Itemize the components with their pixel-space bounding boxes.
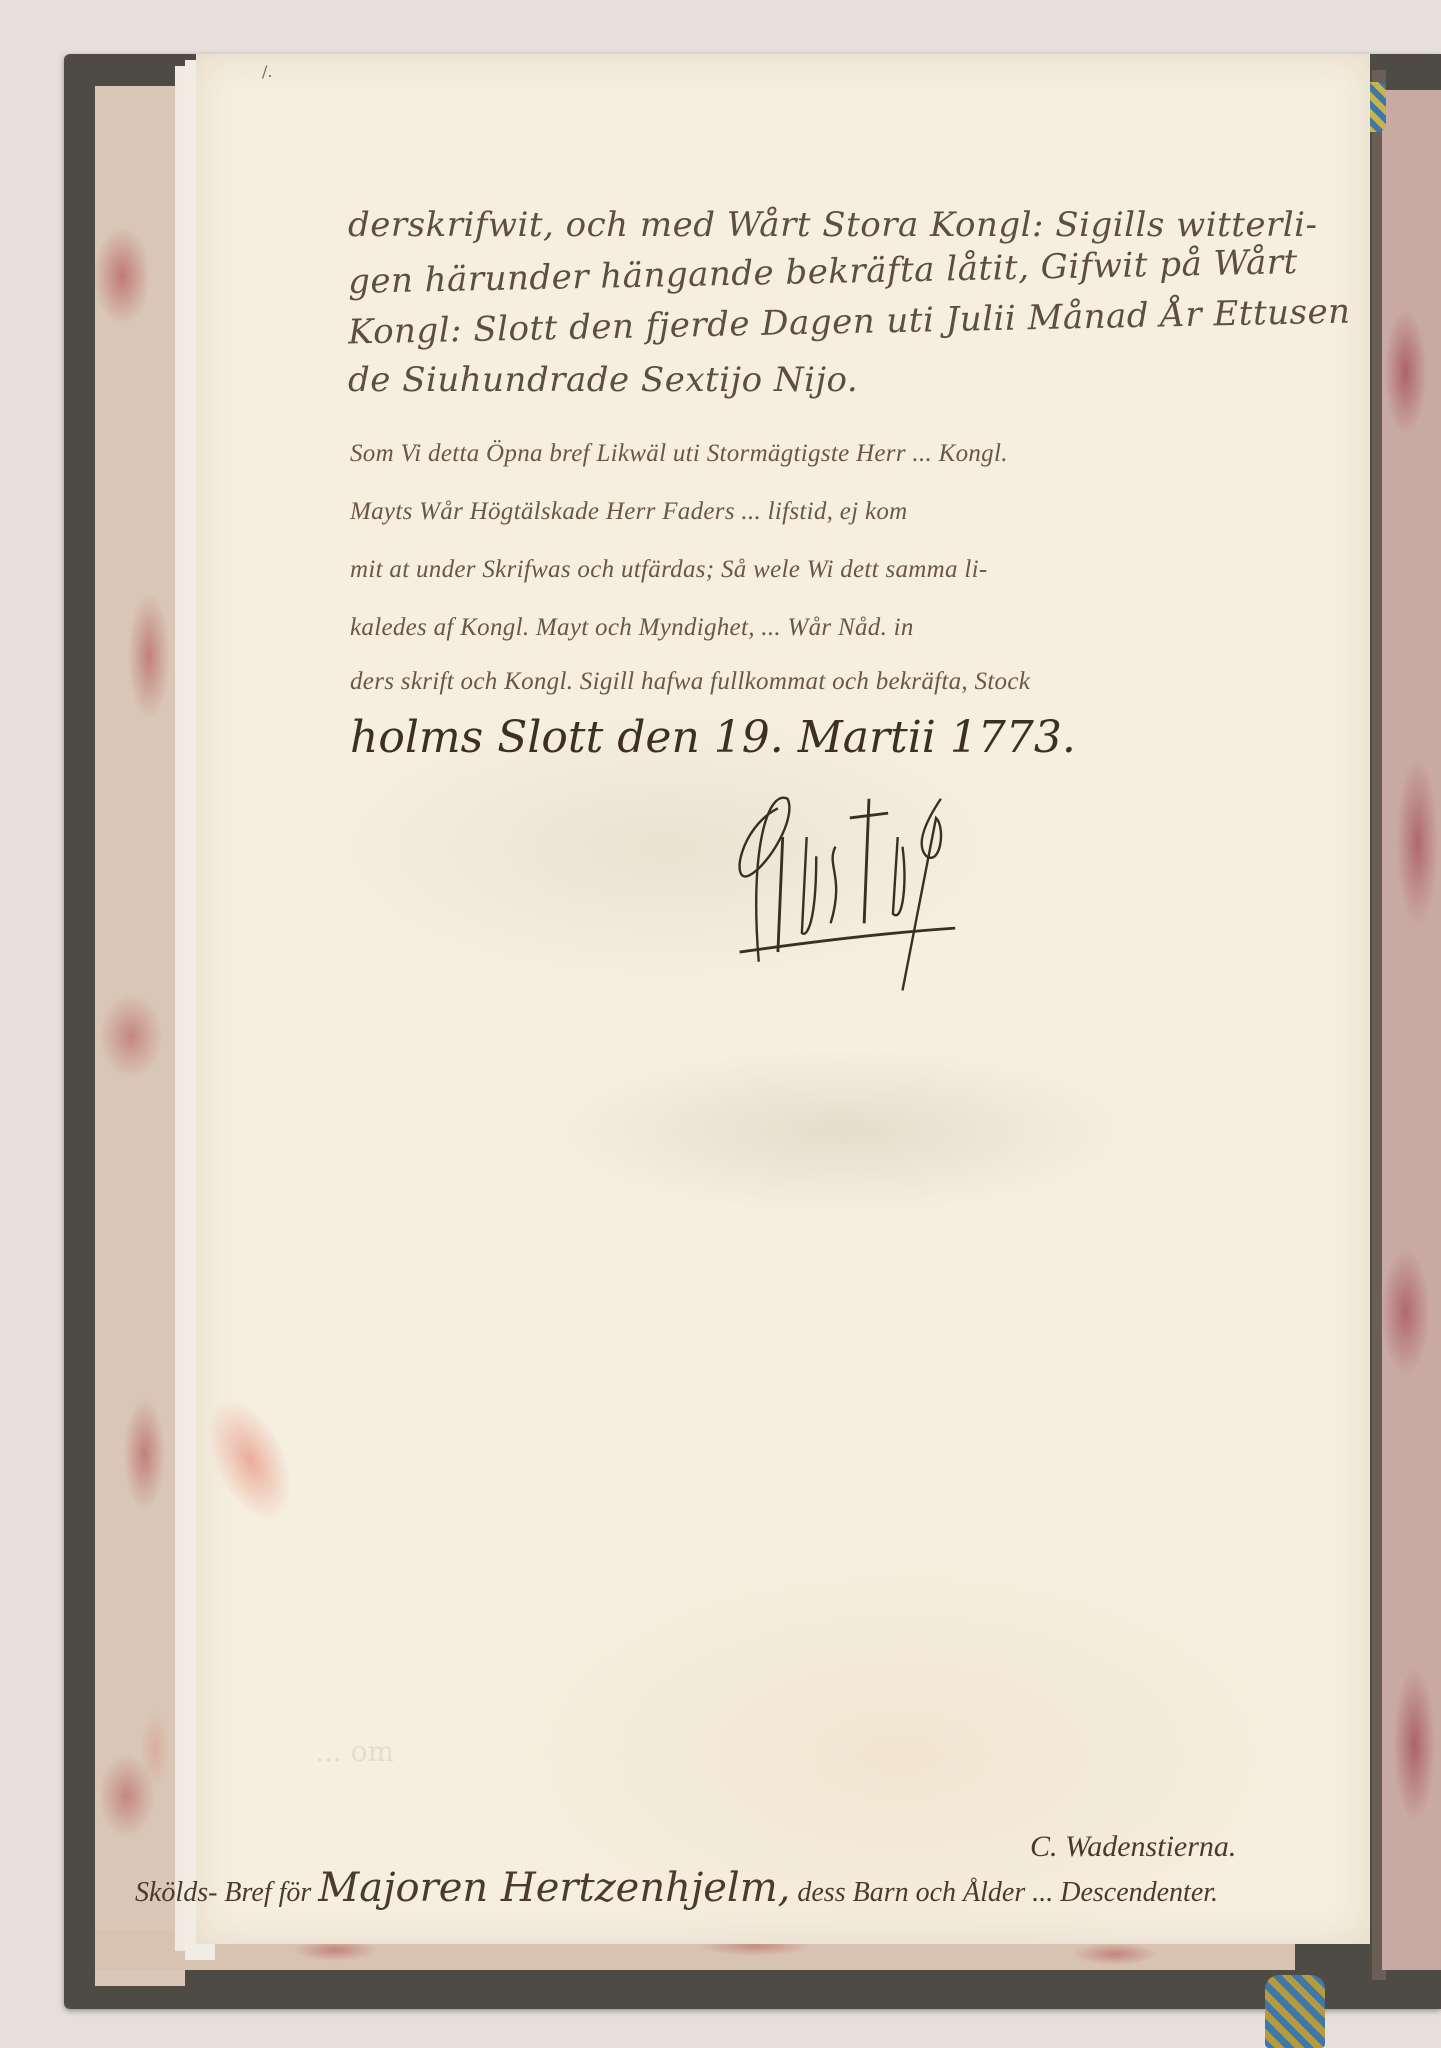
countersignature: C. Wadenstierna. xyxy=(1030,1830,1236,1864)
footnote-prefix: Skölds- Bref för xyxy=(135,1877,311,1908)
formal-text-line: de Siuhundrade Sextijo Nijo. xyxy=(348,360,858,400)
marbled-endpaper-right xyxy=(1382,90,1441,1970)
marbled-endpaper-left xyxy=(95,86,185,1986)
cursive-text-line: Mayts Wår Högtälskade Herr Faders ... li… xyxy=(350,498,908,526)
footnote-name: Majoren Hertzenhjelm, xyxy=(318,1865,790,1911)
cursive-text-line: mit at under Skrifwas och utfärdas; Så w… xyxy=(350,556,987,584)
page-mark: /. xyxy=(262,62,272,81)
bleed-through-text: ... om xyxy=(315,1735,394,1768)
cursive-text-line: kaledes af Kongl. Mayt och Myndighet, ..… xyxy=(350,614,914,642)
cursive-text-line: Som Vi detta Öpna bref Likwäl uti Stormä… xyxy=(350,440,1008,468)
footnote-suffix: dess Barn och Ålder ... Descendenter. xyxy=(797,1877,1218,1908)
red-stain xyxy=(140,1710,170,1790)
formal-text-line: derskrifwit, och med Wårt Stora Kongl: S… xyxy=(348,205,1318,245)
footnote-endorsement: Skölds- Bref för Majoren Hertzenhjelm, d… xyxy=(135,1865,1218,1911)
dateline: holms Slott den 19. Martii 1773. xyxy=(350,712,1076,763)
ribbon-bookmark-bottom xyxy=(1265,1975,1325,2048)
royal-signature: Gustaf xyxy=(710,770,980,1000)
cursive-text-line: ders skrift och Kongl. Sigill hafwa full… xyxy=(350,668,1030,696)
